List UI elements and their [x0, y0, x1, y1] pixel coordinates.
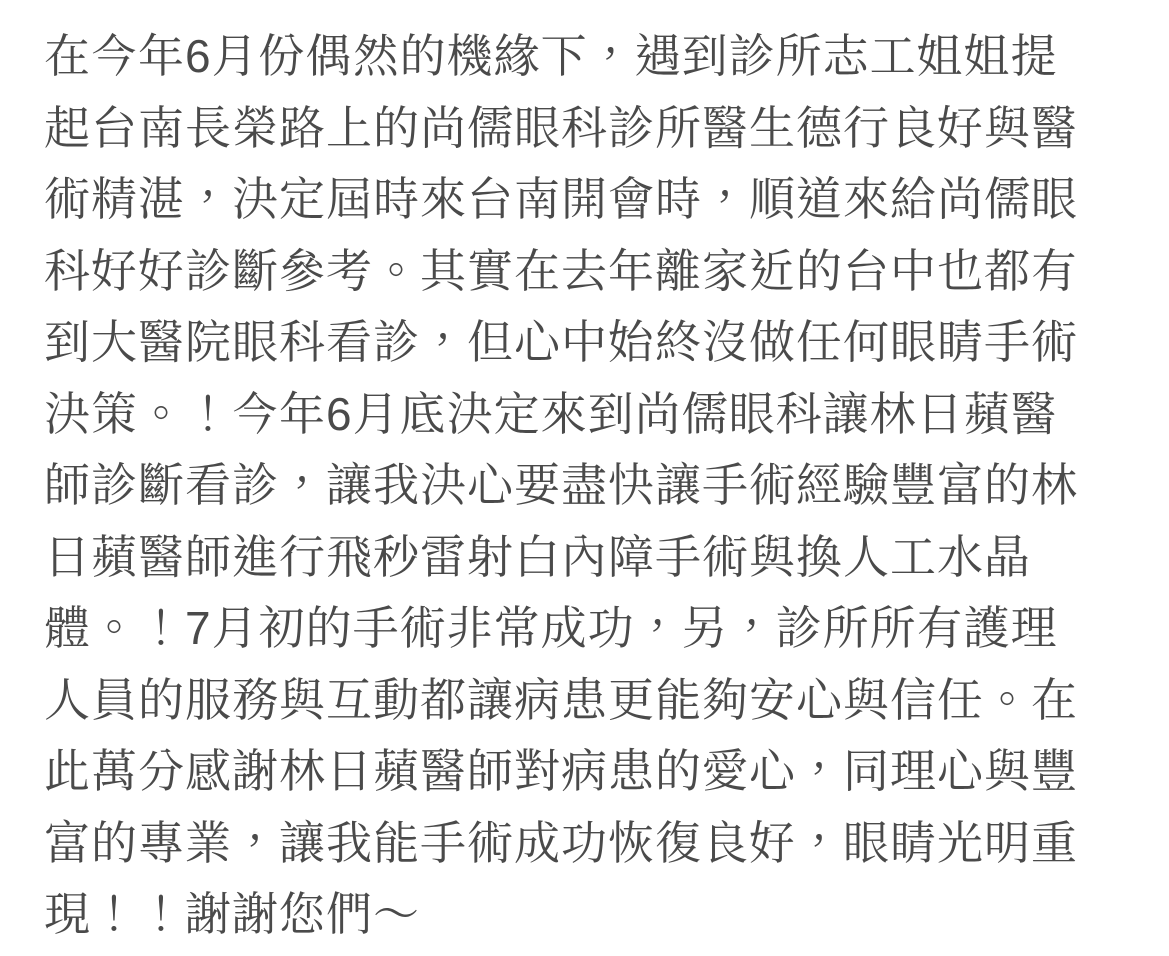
text-line: 富的專業，讓我能手術成功恢復良好，眼睛光明重: [44, 808, 1139, 880]
text-line: 決策。！今年6月底決定來到尚儒眼科讓林日蘋醫: [44, 379, 1139, 451]
text-line: 體。！7月初的手術非常成功，另，診所所有護理: [44, 593, 1139, 665]
text-line: 師診斷看診，讓我決心要盡快讓手術經驗豐富的林: [44, 450, 1139, 522]
text-line: 起台南長榮路上的尚儒眼科診所醫生德行良好與醫: [44, 93, 1139, 165]
text-line: 到大醫院眼科看診，但心中始終沒做任何眼睛手術: [44, 307, 1139, 379]
text-line: 術精湛，決定屆時來台南開會時，順道來給尚儒眼: [44, 164, 1139, 236]
text-line: 在今年6月份偶然的機緣下，遇到診所志工姐姐提: [44, 21, 1139, 93]
text-line: 此萬分感謝林日蘋醫師對病患的愛心，同理心與豐: [44, 736, 1139, 808]
text-line: 現！！謝謝您們～: [44, 879, 1139, 951]
text-line: 科好好診斷參考。其實在去年離家近的台中也都有: [44, 236, 1139, 308]
review-text-block: 在今年6月份偶然的機緣下，遇到診所志工姐姐提 起台南長榮路上的尚儒眼科診所醫生德…: [0, 0, 1169, 951]
text-line: 人員的服務與互動都讓病患更能夠安心與信任。在: [44, 665, 1139, 737]
text-line: 日蘋醫師進行飛秒雷射白內障手術與換人工水晶: [44, 522, 1139, 594]
